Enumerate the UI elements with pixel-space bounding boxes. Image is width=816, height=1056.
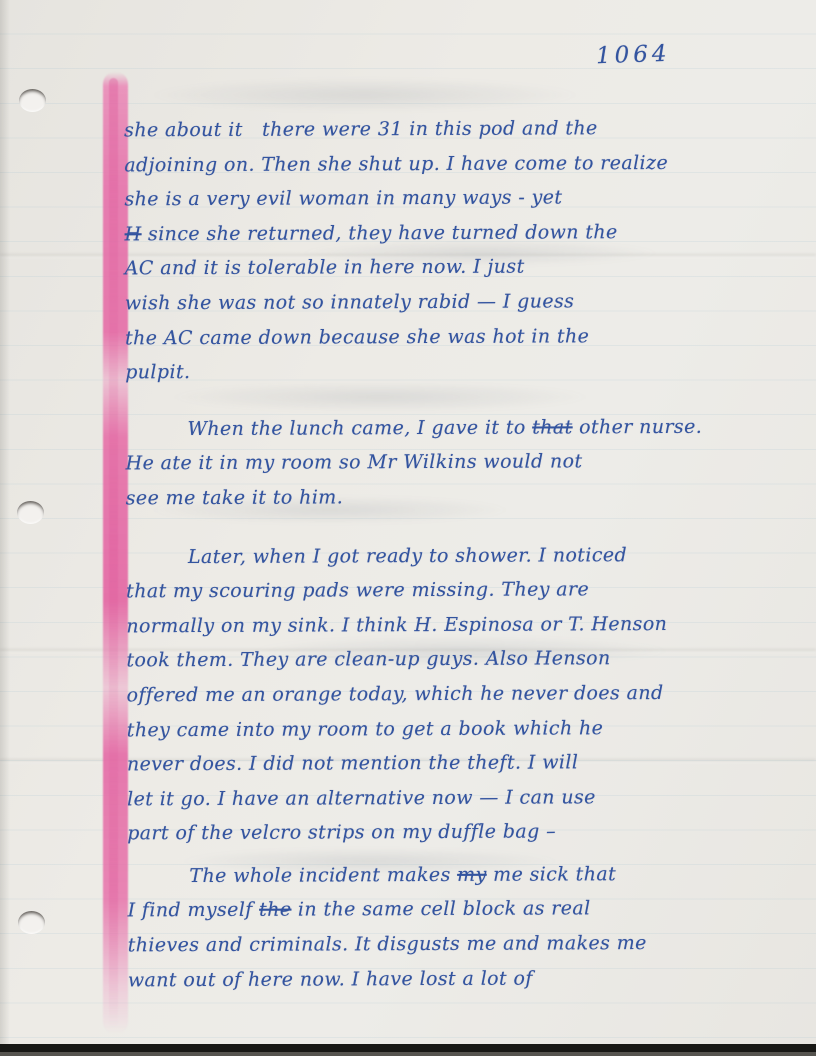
text-segment: see me take it to him.	[126, 486, 343, 509]
text-segment: AC and it is tolerable in here now. I ju…	[125, 256, 525, 280]
text-segment: me sick that	[487, 863, 617, 886]
handwritten-line: want out of here now. I have lost a lot …	[128, 960, 734, 997]
text-segment: other nurse.	[573, 416, 703, 439]
text-segment: pulpit.	[125, 361, 190, 383]
text-segment: took them. They are clean-up guys. Also …	[126, 648, 610, 672]
text-segment: let it go. I have an alternative now — I…	[127, 786, 596, 810]
paragraph: The whole incident makes my me sick that…	[127, 857, 734, 998]
text-segment: wish she was not so innately rabid — I g…	[125, 290, 574, 314]
text-segment: in the same cell block as real	[291, 898, 590, 921]
hole-punch-top	[19, 89, 46, 112]
hole-punch-bottom	[18, 911, 45, 934]
hole-punch-middle	[17, 501, 44, 524]
text-segment: they came into my room to get a book whi…	[127, 717, 604, 741]
handwritten-line: part of the velcro strips on my duffle b…	[127, 814, 733, 851]
handwritten-line: normally on my sink. I think H. Espinosa…	[126, 606, 732, 643]
text-segment: want out of here now. I have lost a lot …	[128, 967, 533, 991]
scan-edge-left	[0, 0, 10, 1056]
handwritten-line: they came into my room to get a book whi…	[127, 710, 733, 747]
text-segment: that my scouring pads were missing. They…	[126, 578, 589, 602]
struck-word: my	[457, 864, 487, 886]
struck-word: the	[259, 899, 291, 921]
scanned-letter-page: { "page": { "number": "1064", "ink_color…	[0, 0, 816, 1056]
text-segment: never does. I did not mention the theft.…	[127, 751, 578, 775]
handwritten-line: that my scouring pads were missing. They…	[126, 572, 732, 609]
scan-edge-bottom	[0, 1044, 816, 1052]
handwritten-line: H since she returned, they have turned d…	[125, 214, 731, 251]
text-segment: offered me an orange today, which he nev…	[127, 682, 664, 706]
letter-body: she about it there were 31 in this pod a…	[124, 111, 734, 998]
handwritten-line: adjoining on. Then she shut up. I have c…	[124, 145, 730, 182]
handwritten-line: let it go. I have an alternative now — I…	[127, 779, 733, 816]
handwritten-line: The whole incident makes my me sick that	[127, 857, 733, 894]
bleed-through-smudge	[150, 78, 580, 112]
text-segment: adjoining on. Then she shut up. I have c…	[124, 152, 668, 176]
handwritten-line: offered me an orange today, which he nev…	[127, 676, 733, 713]
text-segment: the AC came down because she was hot in …	[125, 325, 589, 349]
handwritten-line: never does. I did not mention the theft.…	[127, 745, 733, 782]
handwritten-line: thieves and criminals. It disgusts me an…	[128, 926, 734, 963]
text-segment: Later, when I got ready to shower. I not…	[188, 544, 627, 568]
text-segment: normally on my sink. I think H. Espinosa…	[126, 613, 667, 637]
handwritten-line: see me take it to him.	[126, 479, 732, 516]
text-segment: part of the velcro strips on my duffle b…	[127, 821, 556, 845]
scan-edge-bottom-shadow	[0, 1052, 816, 1056]
handwritten-line: When the lunch came, I gave it to that o…	[125, 409, 731, 446]
text-segment: The whole incident makes	[189, 864, 457, 887]
paragraph: she about it there were 31 in this pod a…	[124, 111, 731, 390]
handwritten-line: Later, when I got ready to shower. I not…	[126, 537, 732, 574]
paragraph: Later, when I got ready to shower. I not…	[126, 537, 733, 851]
handwritten-line: I find myself the in the same cell block…	[127, 891, 733, 928]
text-segment: she about it there were 31 in this pod a…	[124, 117, 598, 141]
handwritten-line: AC and it is tolerable in here now. I ju…	[125, 249, 731, 286]
handwritten-line: she about it there were 31 in this pod a…	[124, 111, 730, 148]
handwritten-line: took them. They are clean-up guys. Also …	[126, 641, 732, 678]
text-segment: thieves and criminals. It disgusts me an…	[128, 932, 647, 956]
struck-word: that	[532, 416, 573, 438]
struck-word: H	[125, 223, 142, 245]
page-number: 1064	[596, 41, 671, 70]
handwritten-line: wish she was not so innately rabid — I g…	[125, 284, 731, 321]
handwritten-line: pulpit.	[125, 353, 731, 390]
handwritten-line: the AC came down because she was hot in …	[125, 318, 731, 355]
paragraph: When the lunch came, I gave it to that o…	[125, 409, 731, 515]
text-segment: I find myself	[128, 899, 260, 922]
text-segment: she is a very evil woman in many ways - …	[124, 187, 562, 211]
handwritten-line: He ate it in my room so Mr Wilkins would…	[126, 444, 732, 481]
text-segment: He ate it in my room so Mr Wilkins would…	[126, 451, 583, 475]
pink-highlighter-core	[109, 78, 118, 1028]
text-segment: since she returned, they have turned dow…	[142, 221, 618, 245]
handwritten-line: she is a very evil woman in many ways - …	[124, 180, 730, 217]
text-segment: When the lunch came, I gave it to	[187, 416, 532, 440]
